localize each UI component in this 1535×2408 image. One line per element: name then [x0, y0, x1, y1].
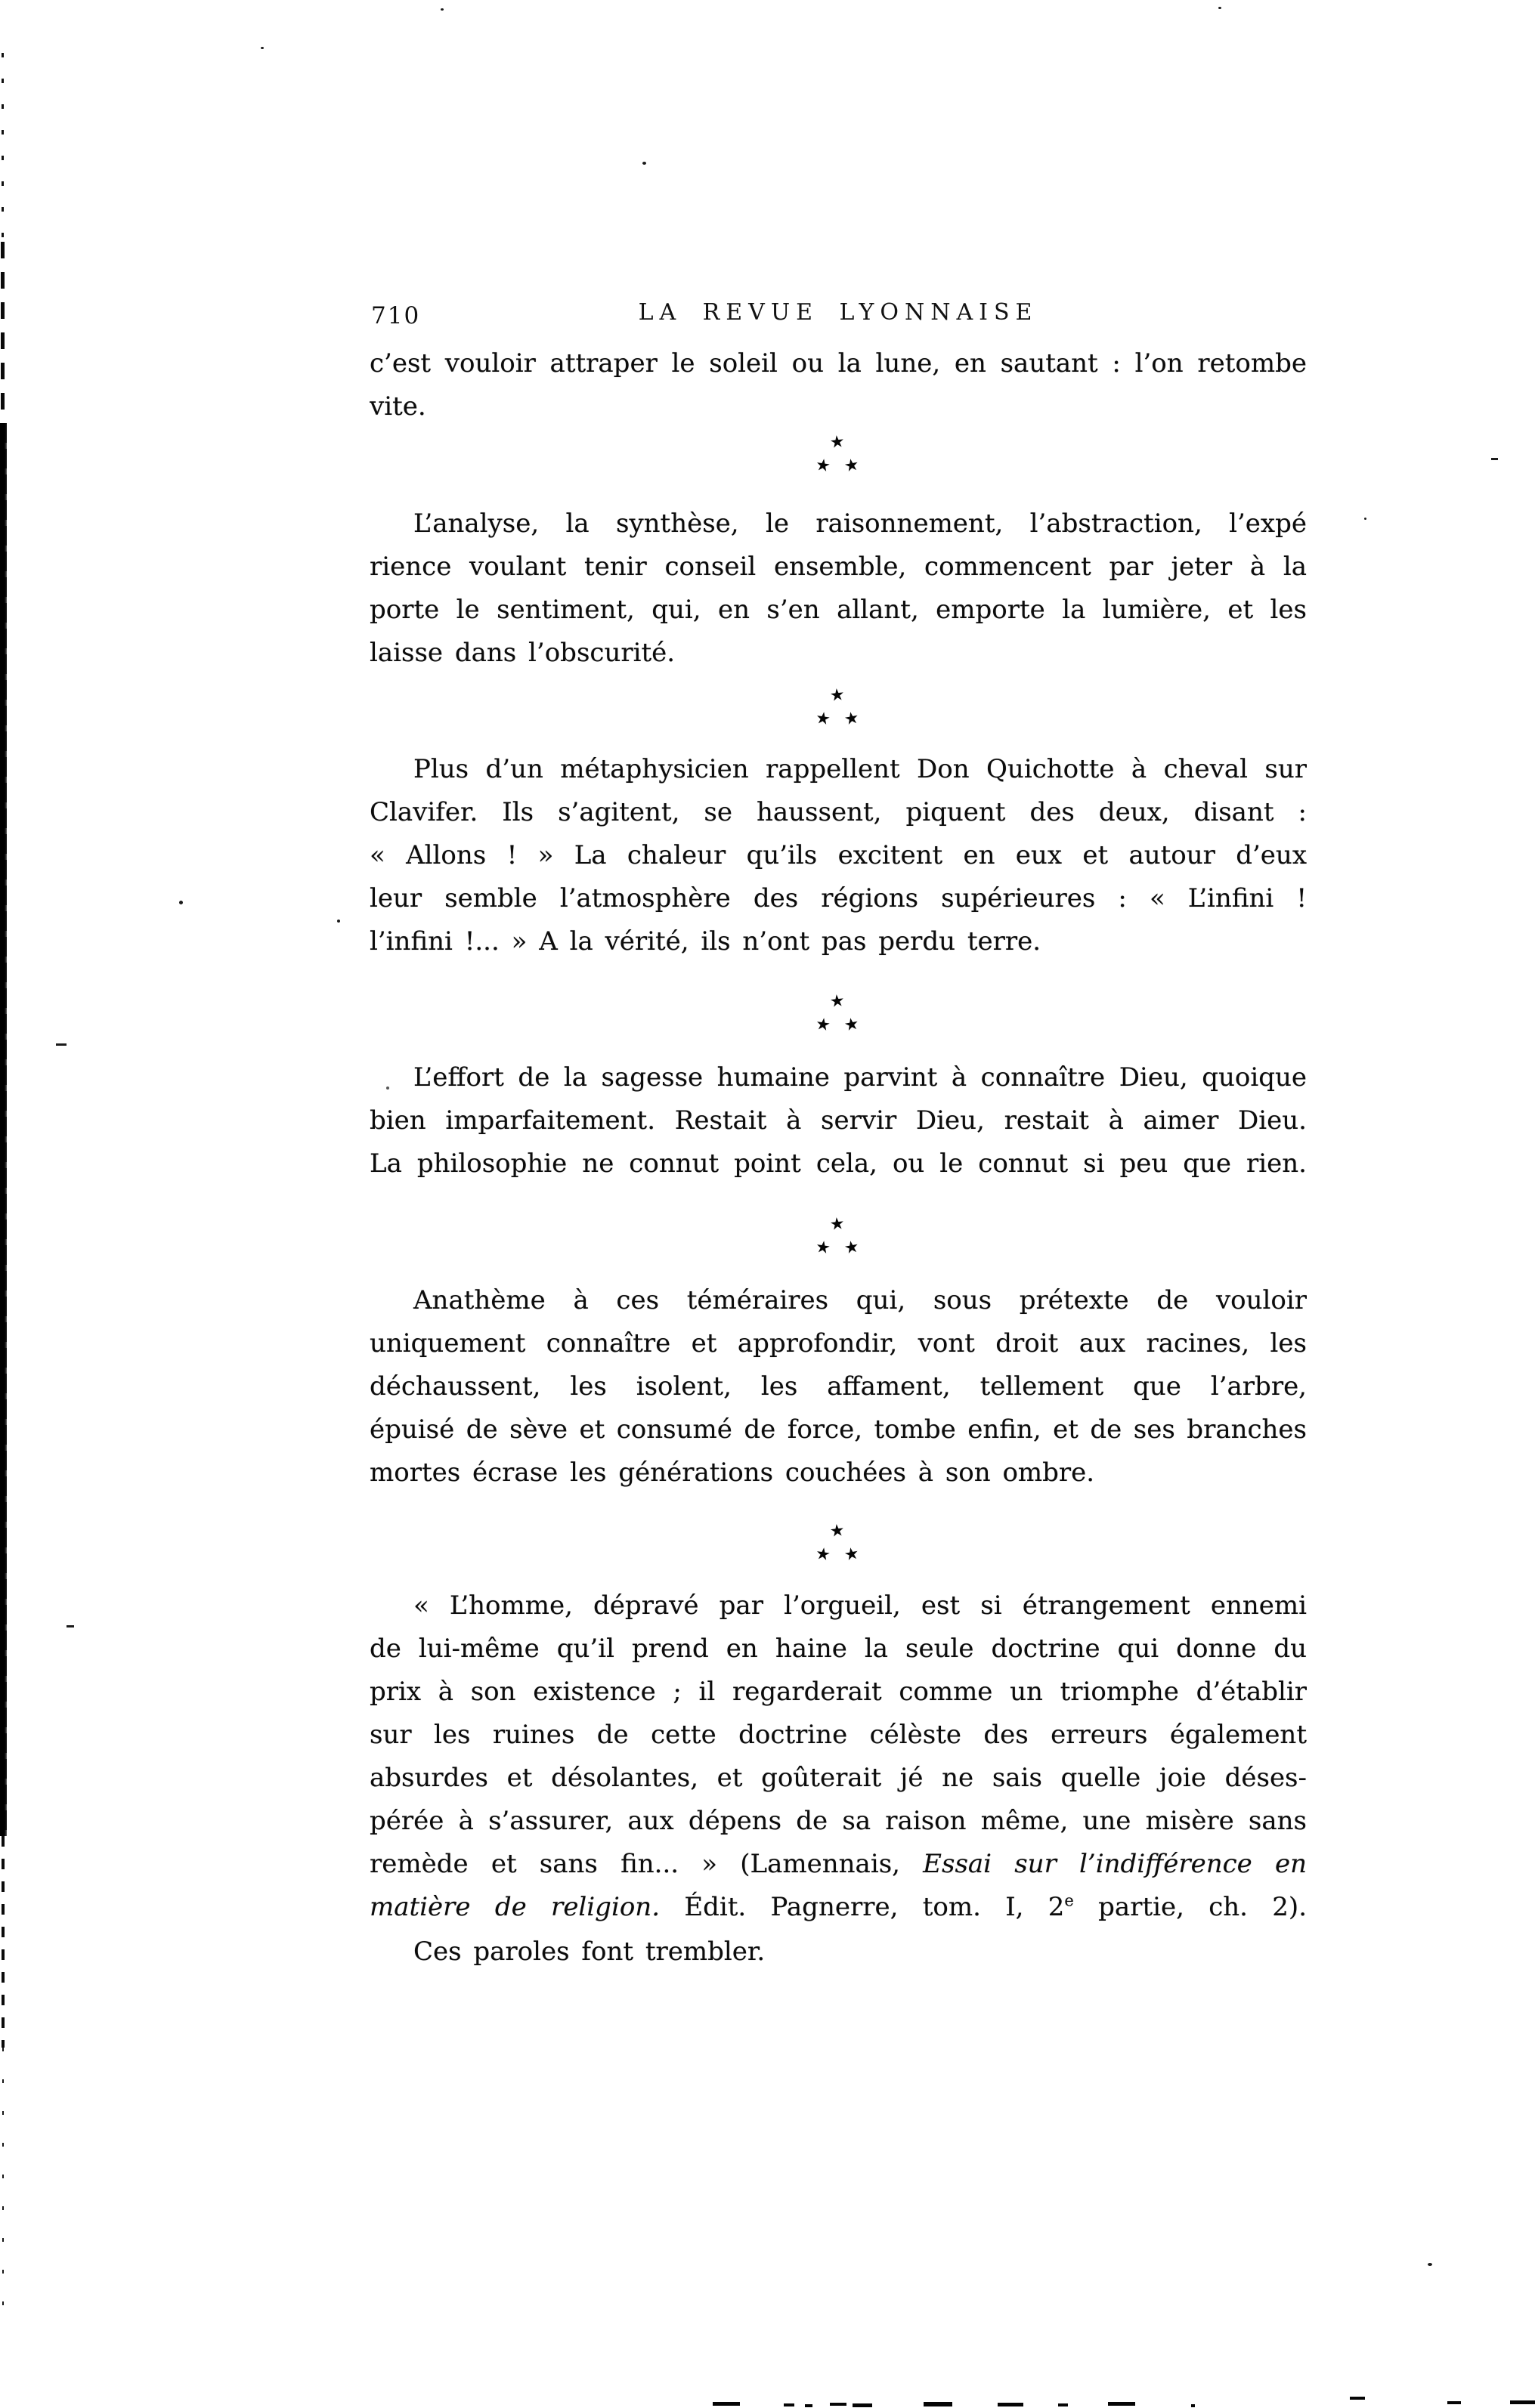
scan-speck: [1350, 2397, 1365, 2400]
asterisk-star-icon: ★: [814, 1236, 832, 1260]
text-line: « Allons ! » La chaleur qu’ils excitent …: [370, 834, 1307, 877]
scan-speck: [642, 162, 646, 165]
scan-edge-strip: [2, 2048, 4, 2320]
text-line: épuisé de sève et consumé de force, tomb…: [370, 1408, 1307, 1451]
scan-speck: [441, 8, 444, 11]
asterisk-star-icon: ★: [814, 707, 832, 731]
scan-speck: [805, 2404, 812, 2407]
scan-speck: [1428, 2263, 1432, 2266]
text-line: sur les ruines de cette doctrine célèste…: [370, 1714, 1307, 1757]
scan-edge-strip: [2, 1836, 5, 2048]
scan-speck: [1447, 2401, 1461, 2404]
text-line: pérée à s’assurer, aux dépens de sa rais…: [370, 1800, 1307, 1843]
scan-speck: [56, 1043, 67, 1046]
paragraph-7: Ces paroles font trembler.: [370, 1930, 1307, 1974]
text-line: « L’homme, dépravé par l’orgueil, est si…: [370, 1584, 1307, 1627]
scan-edge-strip: [1, 242, 5, 431]
text-line: Clavifer. Ils s’agitent, se haussent, pi…: [370, 791, 1307, 834]
margin-dot: [179, 901, 183, 904]
text-line: l’infini !... » A la vérité, ils n’ont p…: [370, 920, 1307, 963]
text-line: prix à son existence ; il regarderait co…: [370, 1671, 1307, 1714]
asterisk-star-icon: ★: [829, 990, 846, 1014]
text-line: remède et sans fin... » (Lamennais, Essa…: [370, 1843, 1307, 1886]
text-line: uniquement connaître et approfondir, von…: [370, 1322, 1307, 1365]
text-line: Plus d’un métaphysicien rappellent Don Q…: [370, 748, 1307, 791]
paragraph-5: Anathème à ces téméraires qui, sous prét…: [370, 1279, 1307, 1495]
scan-speck: [1191, 2404, 1195, 2407]
scan-speck: [713, 2402, 740, 2406]
scan-speck: [1491, 458, 1498, 460]
scan-speck: [924, 2402, 952, 2406]
text-line: Ces paroles font trembler.: [370, 1930, 1307, 1974]
asterisk-star-icon: ★: [843, 1543, 862, 1568]
paragraph-4: L’effort de la sagesse humaine parvint à…: [370, 1056, 1307, 1185]
paragraph-6: « L’homme, dépravé par l’orgueil, est si…: [370, 1584, 1307, 1929]
asterisk-star-icon: ★: [829, 431, 846, 455]
asterisk-star-icon: ★: [829, 1213, 846, 1237]
text-line: Anathème à ces téméraires qui, sous prét…: [370, 1279, 1307, 1322]
scan-speck: [1510, 2400, 1535, 2404]
asterisk-star-icon: ★: [843, 454, 862, 479]
text-line: L’effort de la sagesse humaine parvint à…: [370, 1056, 1307, 1099]
citation-roman: partie, ch. 2).: [1074, 1892, 1307, 1922]
page-header: 710 LA REVUE LYONNAISE: [370, 299, 1307, 331]
text-line: porte le sentiment, qui, en s’en allant,…: [370, 589, 1307, 632]
text-line: c’est vouloir attraper le soleil ou la l…: [370, 342, 1307, 385]
asterisk-star-icon: ★: [829, 684, 846, 708]
scan-speck: [784, 2403, 794, 2406]
citation-italic-title: Essai sur l’indifférence en: [923, 1849, 1307, 1879]
text-line: déchaussent, les isolent, les affament, …: [370, 1365, 1307, 1408]
scan-speck: [1364, 518, 1366, 520]
asterisk-star-icon: ★: [814, 1013, 832, 1037]
asterisk-star-icon: ★: [843, 1013, 862, 1038]
paragraph-1: c’est vouloir attraper le soleil ou la l…: [370, 342, 1307, 428]
text-line: leur semble l’atmosphère des régions sup…: [370, 877, 1307, 920]
text-line: bien imparfaitement. Restait à servir Di…: [370, 1099, 1307, 1142]
text-line: matière de religion. Édit. Pagnerre, tom…: [370, 1886, 1307, 1929]
asterisk-star-icon: ★: [843, 1236, 862, 1261]
text-line: vite.: [370, 385, 1307, 428]
scan-speck: [1108, 2402, 1135, 2406]
asterism-divider-4: ★ ★★: [798, 1213, 877, 1260]
scan-speck: [853, 2403, 872, 2407]
ordinal-superscript: e: [1064, 1892, 1073, 1910]
citation-roman: remède et sans fin... » (Lamennais,: [370, 1849, 923, 1879]
scan-speck: [830, 2403, 846, 2406]
scan-edge-strip: [0, 423, 7, 1836]
asterism-divider-1: ★ ★★: [798, 431, 877, 478]
margin-dot: [337, 920, 340, 923]
asterisk-star-icon: ★: [814, 454, 832, 478]
text-line: absurdes et désolantes, et goûterait jé …: [370, 1757, 1307, 1800]
citation-roman: Édit. Pagnerre, tom. I, 2: [660, 1892, 1064, 1922]
asterism-divider-2: ★ ★★: [798, 685, 877, 731]
asterisk-star-icon: ★: [843, 707, 862, 732]
text-line: rience voulant tenir conseil ensemble, c…: [370, 546, 1307, 589]
citation-italic-title: matière de religion.: [370, 1892, 660, 1922]
asterism-divider-3: ★ ★★: [798, 991, 877, 1037]
text-line: L’analyse, la synthèse, le raisonnement,…: [370, 502, 1307, 546]
scan-speck: [67, 1625, 74, 1627]
scan-speck: [1058, 2403, 1068, 2406]
scan-speck: [1218, 7, 1221, 9]
scan-speck: [998, 2403, 1023, 2406]
scan-speck: [261, 47, 264, 49]
scan-edge-strip: [2, 53, 4, 242]
scanned-book-page: 710 LA REVUE LYONNAISE c’est vouloir att…: [0, 0, 1535, 2408]
asterisk-star-icon: ★: [814, 1543, 832, 1567]
text-line: La philosophie ne connut point cela, ou …: [370, 1142, 1307, 1185]
running-title: LA REVUE LYONNAISE: [370, 299, 1307, 326]
text-line: de lui-même qu’il prend en haine la seul…: [370, 1627, 1307, 1671]
asterisk-star-icon: ★: [829, 1519, 846, 1544]
paragraph-3: Plus d’un métaphysicien rappellent Don Q…: [370, 748, 1307, 963]
margin-dot: [386, 1087, 389, 1090]
asterism-divider-5: ★ ★★: [798, 1520, 877, 1566]
text-line: mortes écrase les générations couchées à…: [370, 1451, 1307, 1495]
text-line: laisse dans l’obscurité.: [370, 632, 1307, 675]
paragraph-2: L’analyse, la synthèse, le raisonnement,…: [370, 502, 1307, 675]
